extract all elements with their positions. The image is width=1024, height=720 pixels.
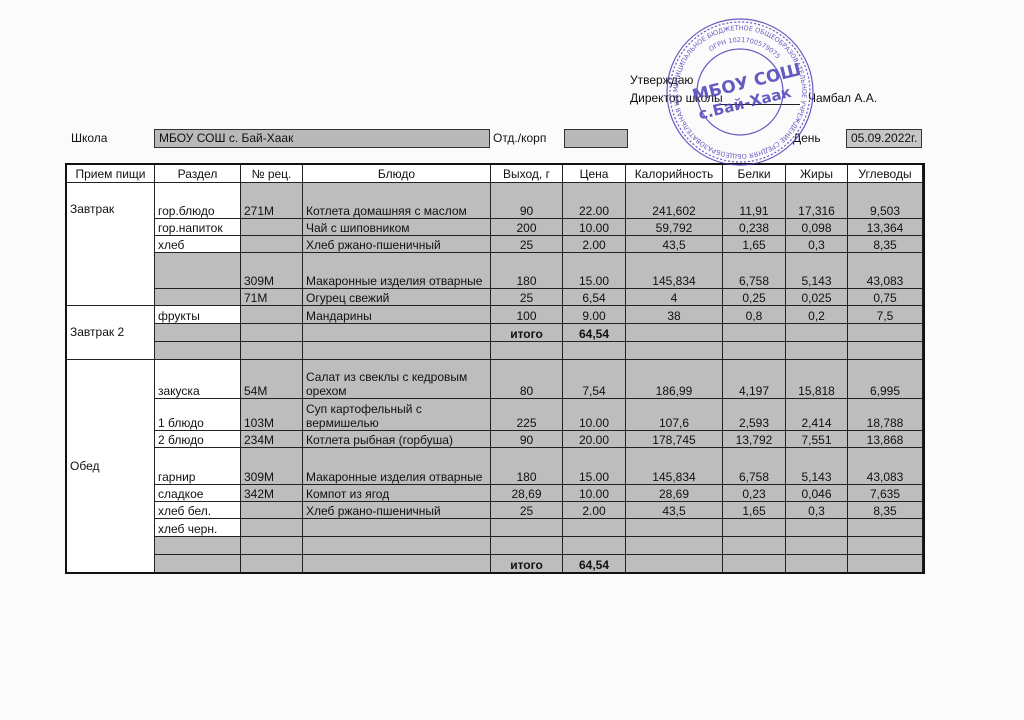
recipe-cell: 309М — [241, 448, 303, 485]
carbs-cell: 43,083 — [848, 253, 923, 289]
section-cell: 2 блюдо — [155, 431, 241, 448]
carbs-cell: 9,503 — [848, 183, 923, 219]
table-row: хлеб бел.Хлеб ржано-пшеничный252.0043,51… — [67, 502, 923, 519]
column-header: Цена — [563, 165, 626, 183]
carbs-cell: 8,35 — [848, 502, 923, 519]
protein-cell: 6,758 — [723, 448, 786, 485]
fat-cell: 0,098 — [786, 219, 848, 236]
carbs-cell: 7,635 — [848, 485, 923, 502]
empty-cell — [155, 324, 241, 342]
empty-cell — [786, 324, 848, 342]
protein-cell: 4,197 — [723, 360, 786, 399]
column-header: Выход, г — [491, 165, 563, 183]
dish-cell: Чай с шиповником — [303, 219, 491, 236]
empty-cell — [303, 342, 491, 360]
carbs-cell: 6,995 — [848, 360, 923, 399]
price-cell: 10.00 — [563, 399, 626, 431]
protein-cell: 1,65 — [723, 236, 786, 253]
approve-label: Утверждаю — [630, 73, 693, 87]
yield-cell: 25 — [491, 289, 563, 306]
section-cell: фрукты — [155, 306, 241, 324]
empty-cell — [786, 537, 848, 555]
empty-cell — [626, 342, 723, 360]
total-label: итого — [491, 324, 563, 342]
calories-cell: 28,69 — [626, 485, 723, 502]
table-row: хлебХлеб ржано-пшеничный252.0043,51,650,… — [67, 236, 923, 253]
yield-cell: 100 — [491, 306, 563, 324]
fat-cell: 0,3 — [786, 502, 848, 519]
section-cell: хлеб черн. — [155, 519, 241, 537]
section-cell — [155, 253, 241, 289]
column-header: Калорийность — [626, 165, 723, 183]
branch-label: Отд./корп — [493, 131, 546, 145]
table-row: 2 блюдо234МКотлета рыбная (горбуша)9020.… — [67, 431, 923, 448]
dish-cell: Макаронные изделия отварные — [303, 448, 491, 485]
column-header: Блюдо — [303, 165, 491, 183]
fat-cell: 17,316 — [786, 183, 848, 219]
protein-cell: 0,238 — [723, 219, 786, 236]
section-cell — [155, 289, 241, 306]
signature-line — [720, 104, 800, 105]
carbs-cell: 13,364 — [848, 219, 923, 236]
section-cell: закуска — [155, 360, 241, 399]
dish-cell: Компот из ягод — [303, 485, 491, 502]
yield-cell: 200 — [491, 219, 563, 236]
carbs-cell: 7,5 — [848, 306, 923, 324]
empty-cell — [563, 537, 626, 555]
yield-cell: 180 — [491, 448, 563, 485]
section-cell: гор.напиток — [155, 219, 241, 236]
director-label: Директор школы — [630, 91, 723, 105]
empty-cell — [723, 324, 786, 342]
empty-cell — [241, 324, 303, 342]
empty-cell — [491, 537, 563, 555]
empty-cell — [848, 324, 923, 342]
meal-name: Обед — [67, 360, 155, 573]
column-header: Прием пищи — [67, 165, 155, 183]
price-cell: 9.00 — [563, 306, 626, 324]
section-cell: сладкое — [155, 485, 241, 502]
calories-cell: 178,745 — [626, 431, 723, 448]
empty-cell — [626, 537, 723, 555]
calories-cell: 107,6 — [626, 399, 723, 431]
empty-cell — [563, 342, 626, 360]
calories-cell: 59,792 — [626, 219, 723, 236]
fat-cell: 0,2 — [786, 306, 848, 324]
fat-cell: 5,143 — [786, 448, 848, 485]
recipe-cell: 309М — [241, 253, 303, 289]
yield-cell: 90 — [491, 431, 563, 448]
price-cell: 15.00 — [563, 448, 626, 485]
empty-cell — [155, 555, 241, 573]
fat-cell: 0,046 — [786, 485, 848, 502]
yield-cell — [491, 519, 563, 537]
carbs-cell: 8,35 — [848, 236, 923, 253]
dish-cell: Огурец свежий — [303, 289, 491, 306]
recipe-cell — [241, 306, 303, 324]
section-cell: гарнир — [155, 448, 241, 485]
price-cell: 15.00 — [563, 253, 626, 289]
menu-table: Прием пищиРаздел№ рец.БлюдоВыход, гЦенаК… — [66, 164, 923, 573]
recipe-cell — [241, 502, 303, 519]
protein-cell: 0,8 — [723, 306, 786, 324]
empty-cell — [786, 555, 848, 573]
table-row: гор.напитокЧай с шиповником20010.0059,79… — [67, 219, 923, 236]
section-cell: гор.блюдо — [155, 183, 241, 219]
yield-cell: 90 — [491, 183, 563, 219]
recipe-cell: 71М — [241, 289, 303, 306]
price-cell: 6,54 — [563, 289, 626, 306]
fat-cell — [786, 519, 848, 537]
empty-row — [67, 537, 923, 555]
day-field[interactable]: 05.09.2022г. — [846, 129, 922, 148]
branch-field[interactable] — [564, 129, 628, 148]
empty-cell — [626, 324, 723, 342]
recipe-cell — [241, 519, 303, 537]
total-row: итого64,54 — [67, 324, 923, 342]
dish-cell: Мандарины — [303, 306, 491, 324]
calories-cell: 38 — [626, 306, 723, 324]
svg-text:ОГРН 1021700579075: ОГРН 1021700579075 — [707, 36, 782, 60]
empty-cell — [723, 555, 786, 573]
fat-cell: 5,143 — [786, 253, 848, 289]
calories-cell: 145,834 — [626, 448, 723, 485]
price-cell: 10.00 — [563, 485, 626, 502]
fat-cell: 7,551 — [786, 431, 848, 448]
empty-cell — [491, 342, 563, 360]
calories-cell: 145,834 — [626, 253, 723, 289]
carbs-cell: 43,083 — [848, 448, 923, 485]
recipe-cell — [241, 236, 303, 253]
calories-cell: 43,5 — [626, 502, 723, 519]
section-cell: хлеб — [155, 236, 241, 253]
fat-cell: 0,025 — [786, 289, 848, 306]
table-row: Обедзакуска54МСалат из свеклы с кедровым… — [67, 360, 923, 399]
dish-cell: Хлеб ржано-пшеничный — [303, 502, 491, 519]
total-price: 64,54 — [563, 555, 626, 573]
recipe-cell: 103М — [241, 399, 303, 431]
school-field[interactable]: МБОУ СОШ с. Бай-Хаак — [154, 129, 490, 148]
protein-cell: 0,23 — [723, 485, 786, 502]
protein-cell: 6,758 — [723, 253, 786, 289]
dish-cell: Макаронные изделия отварные — [303, 253, 491, 289]
day-label: День — [793, 131, 821, 145]
calories-cell: 43,5 — [626, 236, 723, 253]
yield-cell: 25 — [491, 236, 563, 253]
yield-cell: 225 — [491, 399, 563, 431]
protein-cell — [723, 519, 786, 537]
empty-cell — [626, 555, 723, 573]
empty-cell — [723, 342, 786, 360]
carbs-cell: 0,75 — [848, 289, 923, 306]
yield-cell: 25 — [491, 502, 563, 519]
empty-cell — [155, 537, 241, 555]
price-cell: 10.00 — [563, 219, 626, 236]
calories-cell: 4 — [626, 289, 723, 306]
column-header: Белки — [723, 165, 786, 183]
yield-cell: 80 — [491, 360, 563, 399]
carbs-cell: 13,868 — [848, 431, 923, 448]
calories-cell: 186,99 — [626, 360, 723, 399]
recipe-cell: 342М — [241, 485, 303, 502]
calories-cell — [626, 519, 723, 537]
protein-cell: 11,91 — [723, 183, 786, 219]
empty-cell — [723, 537, 786, 555]
empty-cell — [241, 537, 303, 555]
column-header: № рец. — [241, 165, 303, 183]
price-cell: 7,54 — [563, 360, 626, 399]
empty-cell — [848, 537, 923, 555]
empty-cell — [241, 342, 303, 360]
empty-cell — [241, 555, 303, 573]
table-row: 71МОгурец свежий256,5440,250,0250,75 — [67, 289, 923, 306]
price-cell: 2.00 — [563, 236, 626, 253]
table-row: 1 блюдо103МСуп картофельный с вермишелью… — [67, 399, 923, 431]
total-label: итого — [491, 555, 563, 573]
section-cell: хлеб бел. — [155, 502, 241, 519]
empty-cell — [786, 342, 848, 360]
recipe-cell: 234М — [241, 431, 303, 448]
protein-cell: 1,65 — [723, 502, 786, 519]
empty-cell — [848, 555, 923, 573]
fat-cell: 0,3 — [786, 236, 848, 253]
recipe-cell — [241, 219, 303, 236]
total-row: итого64,54 — [67, 555, 923, 573]
dish-cell: Хлеб ржано-пшеничный — [303, 236, 491, 253]
dish-cell: Котлета рыбная (горбуша) — [303, 431, 491, 448]
calories-cell: 241,602 — [626, 183, 723, 219]
empty-cell — [303, 324, 491, 342]
dish-cell: Салат из свеклы с кедровым орехом — [303, 360, 491, 399]
price-cell: 22.00 — [563, 183, 626, 219]
protein-cell: 0,25 — [723, 289, 786, 306]
director-name: Чамбал А.А. — [808, 91, 877, 105]
recipe-cell: 54М — [241, 360, 303, 399]
yield-cell: 28,69 — [491, 485, 563, 502]
yield-cell: 180 — [491, 253, 563, 289]
column-header: Раздел — [155, 165, 241, 183]
price-cell: 20.00 — [563, 431, 626, 448]
empty-cell — [155, 342, 241, 360]
total-price: 64,54 — [563, 324, 626, 342]
dish-cell: Котлета домашняя с маслом — [303, 183, 491, 219]
recipe-cell: 271М — [241, 183, 303, 219]
column-header: Жиры — [786, 165, 848, 183]
fat-cell: 15,818 — [786, 360, 848, 399]
empty-cell — [303, 537, 491, 555]
table-row: 309ММакаронные изделия отварные18015.001… — [67, 253, 923, 289]
protein-cell: 13,792 — [723, 431, 786, 448]
fat-cell: 2,414 — [786, 399, 848, 431]
carbs-cell — [848, 519, 923, 537]
meal-name: Завтрак 2 — [67, 306, 155, 360]
empty-cell — [303, 555, 491, 573]
empty-row — [67, 342, 923, 360]
carbs-cell: 18,788 — [848, 399, 923, 431]
price-cell — [563, 519, 626, 537]
protein-cell: 2,593 — [723, 399, 786, 431]
table-row: Завтрак 2фруктыМандарины1009.00380,80,27… — [67, 306, 923, 324]
svg-text:МУНИЦИПАЛЬНОЕ БЮДЖЕТНОЕ ОБЩЕОБ: МУНИЦИПАЛЬНОЕ БЮДЖЕТНОЕ ОБЩЕОБРАЗОВАТЕЛЬ… — [652, 16, 808, 160]
table-header-row: Прием пищиРаздел№ рец.БлюдоВыход, гЦенаК… — [67, 165, 923, 183]
section-cell: 1 блюдо — [155, 399, 241, 431]
column-header: Углеводы — [848, 165, 923, 183]
table-row: хлеб черн. — [67, 519, 923, 537]
meal-name: Завтрак — [67, 183, 155, 306]
table-row: Завтракгор.блюдо271МКотлета домашняя с м… — [67, 183, 923, 219]
table-row: гарнир309ММакаронные изделия отварные180… — [67, 448, 923, 485]
dish-cell — [303, 519, 491, 537]
dish-cell: Суп картофельный с вермишелью — [303, 399, 491, 431]
table-row: сладкое342МКомпот из ягод28,6910.0028,69… — [67, 485, 923, 502]
empty-cell — [848, 342, 923, 360]
school-label: Школа — [71, 131, 107, 145]
price-cell: 2.00 — [563, 502, 626, 519]
